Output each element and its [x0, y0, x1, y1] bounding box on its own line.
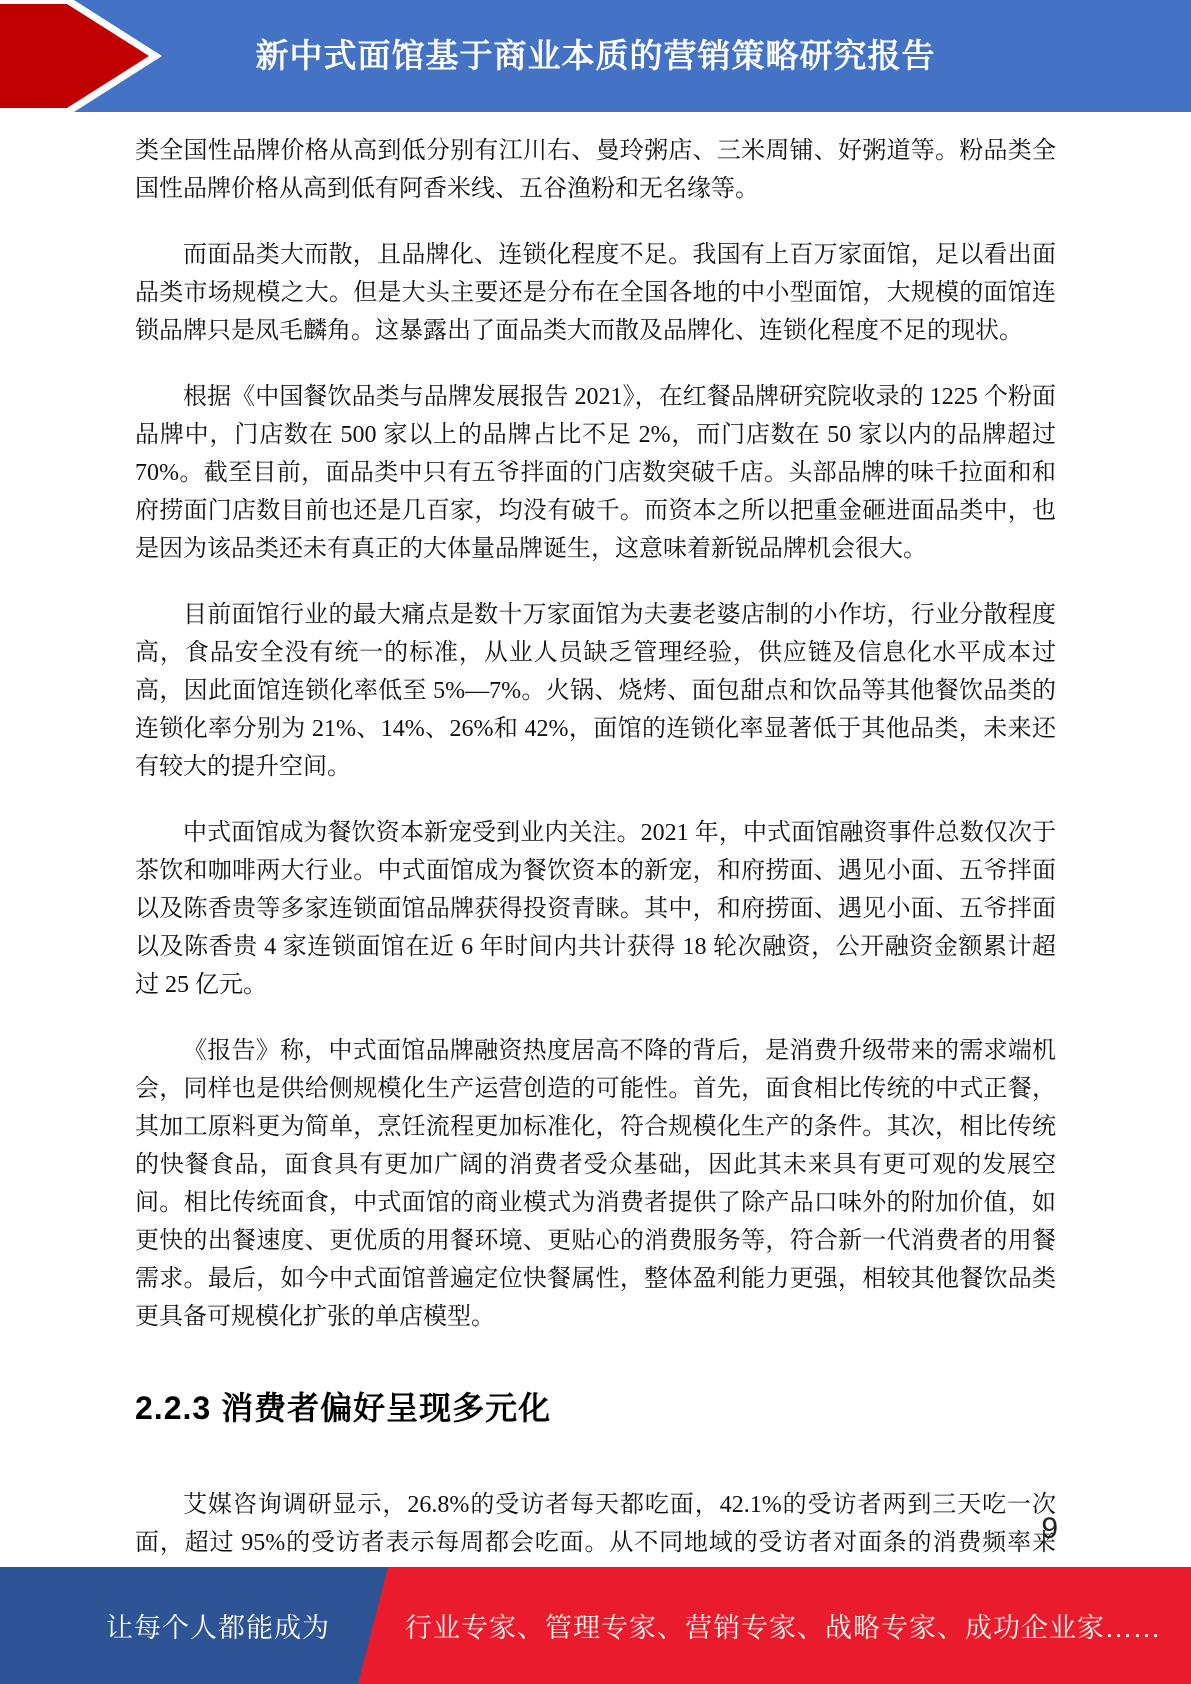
body-paragraph: 《报告》称，中式面馆品牌融资热度居高不降的背后，是消费升级带来的需求端机会，同样… — [135, 1032, 1056, 1336]
footer-slogan-right: 行业专家、管理专家、营销专家、战略专家、成功企业家…… — [405, 1567, 1161, 1684]
section-heading: 2.2.3 消费者偏好呈现多元化 — [135, 1386, 1056, 1430]
header-banner: 新中式面馆基于商业本质的营销策略研究报告 — [0, 0, 1191, 112]
report-title: 新中式面馆基于商业本质的营销策略研究报告 — [0, 0, 1191, 106]
footer-banner: 让每个人都能成为 行业专家、管理专家、营销专家、战略专家、成功企业家…… — [0, 1567, 1191, 1684]
report-page: 新中式面馆基于商业本质的营销策略研究报告 类全国性品牌价格从高到低分别有江川右、… — [0, 0, 1191, 1684]
body-paragraph: 目前面馆行业的最大痛点是数十万家面馆为夫妻老婆店制的小作坊，行业分散程度高，食品… — [135, 596, 1056, 786]
body-paragraph: 类全国性品牌价格从高到低分别有江川右、曼玲粥店、三米周铺、好粥道等。粉品类全国性… — [135, 132, 1056, 208]
page-number: 9 — [1041, 1512, 1058, 1546]
body-paragraph: 中式面馆成为餐饮资本新宠受到业内关注。2021 年，中式面馆融资事件总数仅次于茶… — [135, 814, 1056, 1004]
body-paragraph: 而面品类大而散，且品牌化、连锁化程度不足。我国有上百万家面馆，足以看出面品类市场… — [135, 236, 1056, 350]
footer-slogan-left: 让每个人都能成为 — [0, 1567, 358, 1684]
document-body: 类全国性品牌价格从高到低分别有江川右、曼玲粥店、三米周铺、好粥道等。粉品类全国性… — [135, 112, 1056, 1666]
body-paragraph: 根据《中国餐饮品类与品牌发展报告 2021》，在红餐品牌研究院收录的 1225 … — [135, 378, 1056, 568]
